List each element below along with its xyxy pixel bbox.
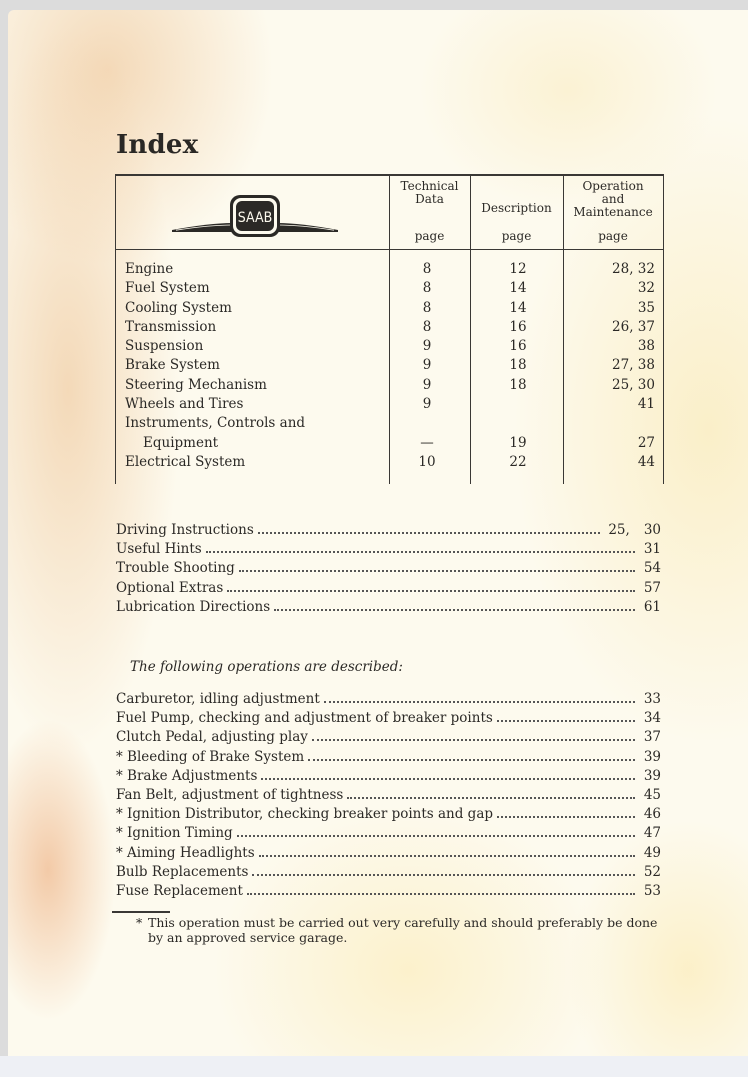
table-row: Brake System 9 18 27, 38	[115, 356, 665, 375]
list-item: Carburetor, idling adjustment 33	[116, 690, 661, 709]
leader-dots	[497, 719, 635, 722]
operations-list: Carburetor, idling adjustment 33 Fuel Pu…	[116, 690, 661, 901]
list-item: * Ignition Timing 47	[116, 824, 661, 843]
list-item: Fuse Replacement 53	[116, 882, 661, 901]
list-item: * Brake Adjustments 39	[116, 767, 661, 786]
leader-dots	[237, 834, 635, 837]
leader-dots	[347, 796, 635, 799]
asterisk-marker: *	[136, 915, 142, 930]
leader-dots	[239, 569, 635, 572]
list-item: Lubrication Directions 61	[116, 598, 661, 617]
list-item: * Bleeding of Brake System 39	[116, 748, 661, 767]
list-item: Fan Belt, adjustment of tightness 45	[116, 786, 661, 805]
scan-bottom-strip	[0, 1056, 748, 1077]
footnote-rule	[112, 911, 170, 913]
table-row: Transmission 8 16 26, 37	[115, 318, 665, 337]
table-row: Equipment — 19 27	[115, 434, 665, 453]
list-item: Optional Extras 57	[116, 579, 661, 598]
list-item: Bulb Replacements 52	[116, 863, 661, 882]
table-body: Engine 8 12 28, 32 Fuel System 8 14 32 C…	[115, 260, 665, 472]
leader-dots	[247, 892, 635, 895]
leader-dots	[324, 700, 635, 703]
table-row: Engine 8 12 28, 32	[115, 260, 665, 279]
leader-dots	[312, 738, 635, 741]
table-row: Suspension 9 16 38	[115, 337, 665, 356]
leader-dots	[261, 777, 635, 780]
table-row: Cooling System 8 14 35	[115, 299, 665, 318]
list-item: Clutch Pedal, adjusting play 37	[116, 728, 661, 747]
leader-dots	[252, 873, 635, 876]
footnote: * This operation must be carried out ver…	[148, 915, 668, 945]
operations-heading: The following operations are described:	[130, 659, 403, 675]
table-row: Steering Mechanism 9 18 25, 30	[115, 376, 665, 395]
page-title: Index	[116, 130, 198, 160]
list-item: * Ignition Distributor, checking breaker…	[116, 805, 661, 824]
list-item: Useful Hints 31	[116, 540, 661, 559]
leader-dots	[258, 531, 601, 534]
header-technical-data: Technical Data page	[389, 180, 470, 206]
table-row: Fuel System 8 14 32	[115, 279, 665, 298]
list-item: Trouble Shooting 54	[116, 559, 661, 578]
leader-dots	[259, 854, 635, 857]
list-item: * Aiming Headlights 49	[116, 844, 661, 863]
leader-dots	[274, 608, 635, 611]
list-item: Driving Instructions 25,30	[116, 521, 661, 540]
leader-dots	[227, 589, 635, 592]
table-row: Instruments, Controls and	[115, 414, 665, 433]
table-row: Wheels and Tires 9 41	[115, 395, 665, 414]
svg-text:SAAB: SAAB	[238, 210, 273, 226]
leader-dots	[497, 815, 635, 818]
saab-logo-icon: SAAB	[170, 192, 340, 242]
leader-dots	[308, 758, 635, 761]
footnote-text: This operation must be carried out very …	[148, 915, 657, 945]
header-operation-maintenance: Operation and Maintenance page	[563, 180, 663, 219]
leader-dots	[206, 550, 635, 553]
list-item: Fuel Pump, checking and adjustment of br…	[116, 709, 661, 728]
table-row: Electrical System 10 22 44	[115, 453, 665, 472]
header-description: Description page	[470, 180, 563, 215]
general-index-list: Driving Instructions 25,30 Useful Hints …	[116, 521, 661, 617]
